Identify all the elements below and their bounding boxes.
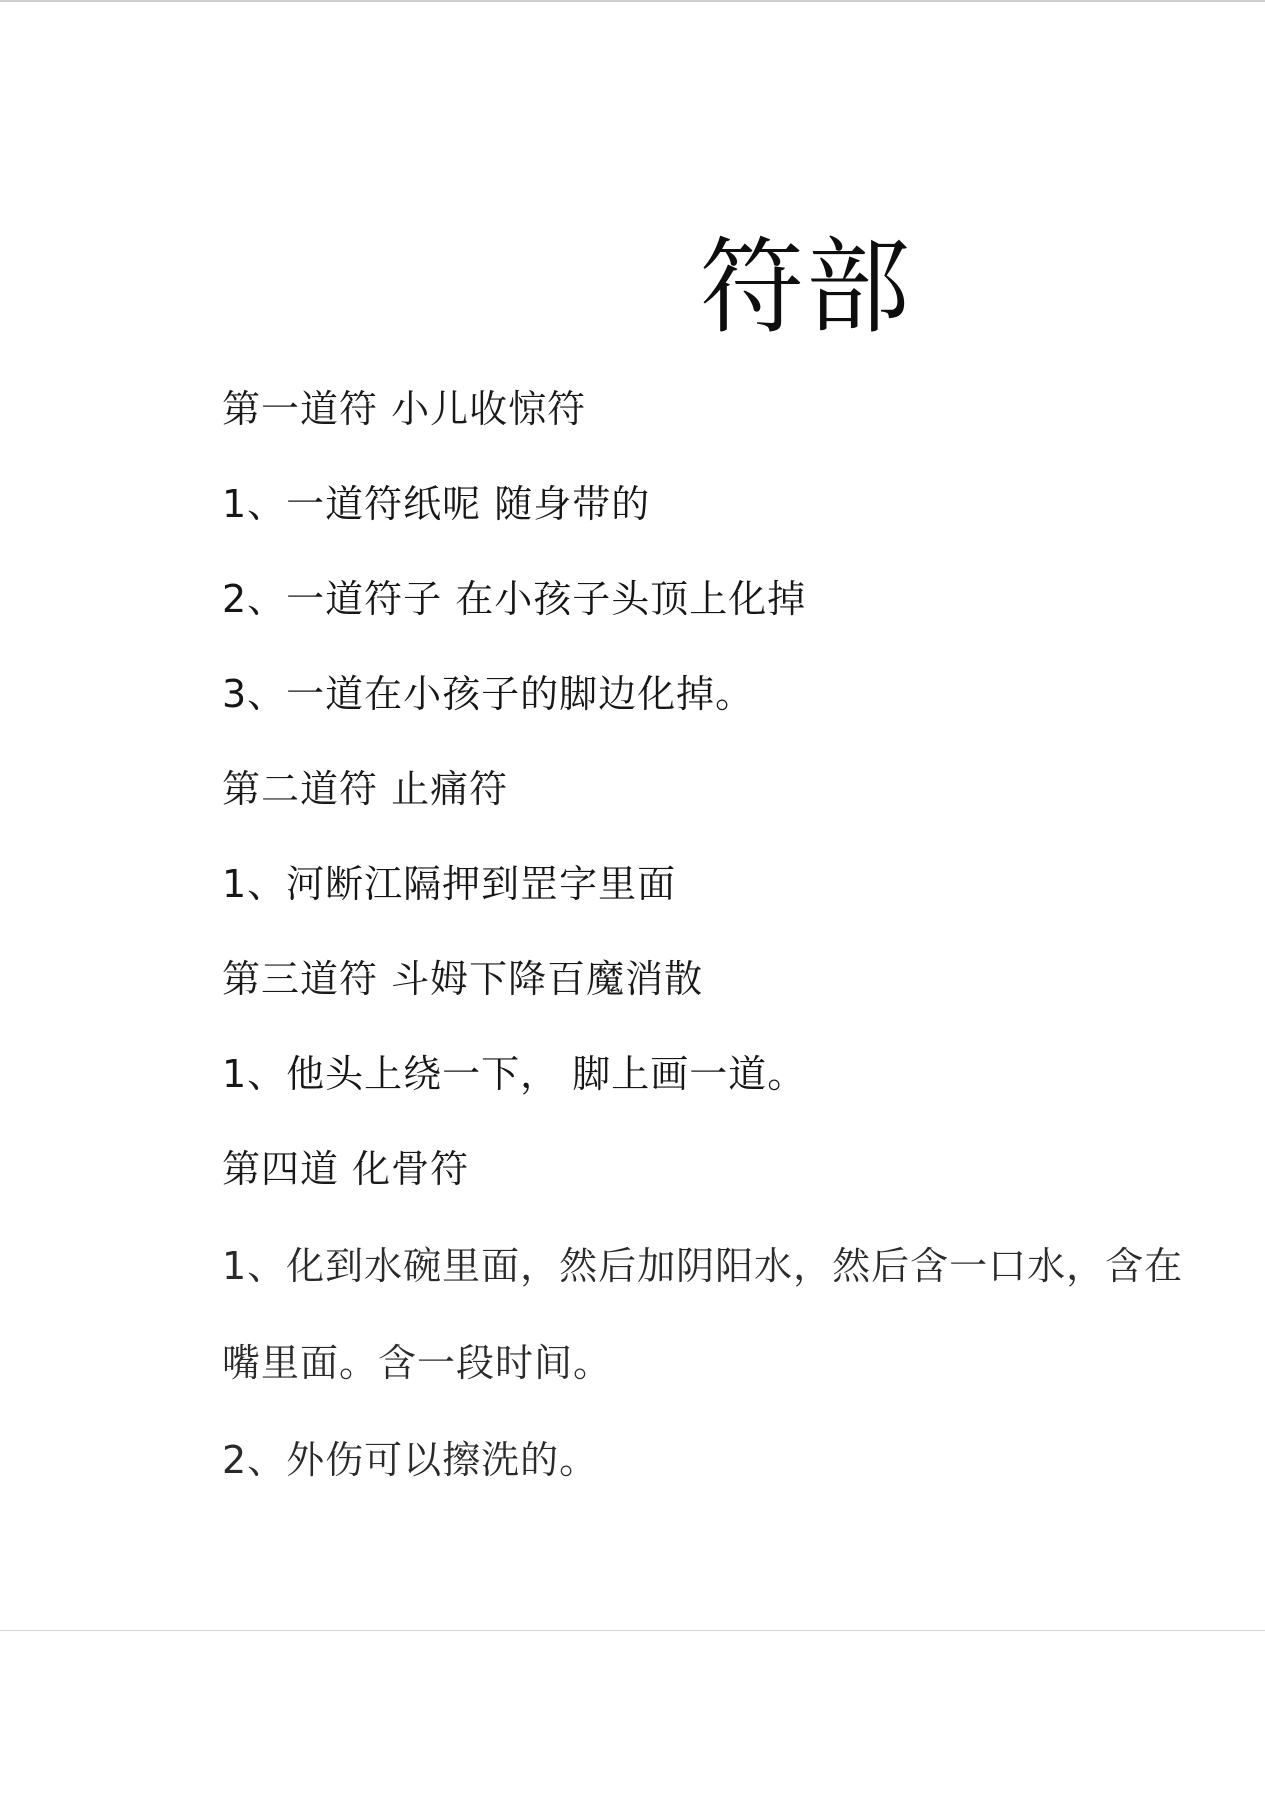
page-title: 符部	[700, 232, 912, 342]
section-4-item-1-continued: 嘴里面。含一段时间。	[222, 1341, 612, 1385]
section-3-heading: 第三道符 斗姆下降百魔消散	[222, 957, 703, 1001]
section-2-heading: 第二道符 止痛符	[222, 767, 508, 811]
section-3-item-1: 1、他头上绕一下， 脚上画一道。	[222, 1052, 806, 1096]
section-1-heading: 第一道符 小儿收惊符	[222, 387, 586, 431]
section-1-item-1: 1、一道符纸呢 随身带的	[222, 482, 650, 526]
section-1-item-3: 3、一道在小孩子的脚边化掉。	[222, 672, 754, 716]
section-2-item-1: 1、河断江隔押到罡字里面	[222, 862, 676, 906]
section-1-item-2: 2、一道符子 在小孩子头顶上化掉	[222, 577, 806, 621]
section-4-item-1: 1、化到水碗里面，然后加阴阳水，然后含一口水，含在	[222, 1244, 1183, 1288]
document-page	[0, 2, 1265, 1631]
section-4-item-2: 2、外伤可以擦洗的。	[222, 1438, 598, 1482]
section-4-heading: 第四道 化骨符	[222, 1147, 469, 1191]
page-bottom-margin	[0, 1631, 1265, 1795]
